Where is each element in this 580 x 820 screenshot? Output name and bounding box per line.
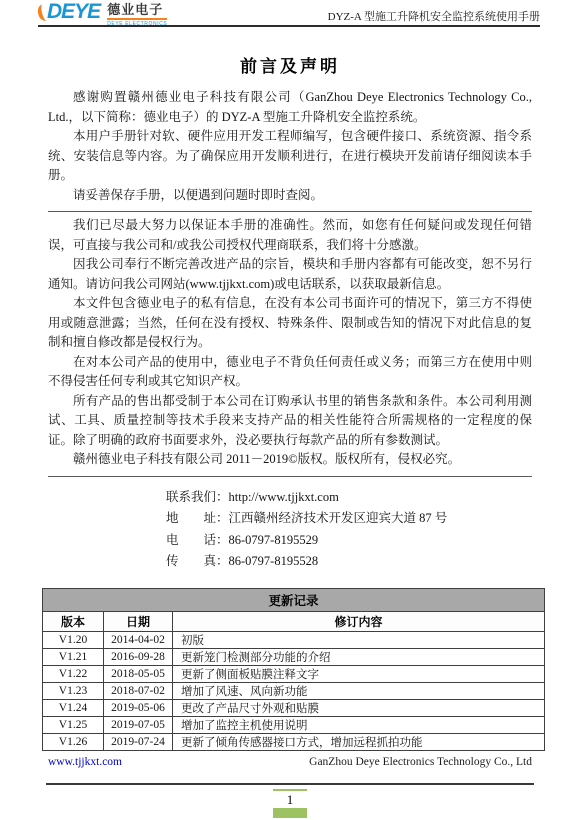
cell-version: V1.21 (43, 649, 104, 666)
section-divider (48, 211, 532, 212)
brand-name-cn-block: 德业电子 DEYE ELECTRONICS (107, 3, 167, 27)
contact-row-website: 联系我们： http://www.tjjkxt.com (166, 487, 532, 509)
main-content: 前言及声明 感谢购置赣州德业电子科技有限公司（GanZhou Deye Elec… (48, 50, 532, 573)
cell-version: V1.26 (43, 734, 104, 751)
manual-page: DEYE 德业电子 DEYE ELECTRONICS DYZ-A 型施工升降机安… (0, 0, 580, 820)
cell-note: 更新了倾角传感器接口方式，增加远程抓拍功能 (173, 734, 545, 751)
page-header: DEYE 德业电子 DEYE ELECTRONICS DYZ-A 型施工升降机安… (38, 0, 540, 27)
page-title: 前言及声明 (48, 56, 532, 78)
cell-note: 初版 (173, 632, 545, 649)
brand-subtitle: DEYE ELECTRONICS (107, 21, 167, 27)
cell-version: V1.25 (43, 717, 104, 734)
cell-note: 增加了监控主机使用说明 (173, 717, 545, 734)
column-header-version: 版本 (43, 612, 104, 632)
table-row: V1.20 2014-04-02 初版 (43, 632, 545, 649)
paragraph: 本用户手册针对软、硬件应用开发工程师编写，包含硬件接口、系统资源、指令系统、安装… (48, 127, 532, 186)
paragraph: 因我公司奉行不断完善改进产品的宗旨，模块和手册内容都有可能改变，恕不另行通知。请… (48, 255, 532, 294)
contact-website-value: http://www.tjjkxt.com (229, 487, 339, 509)
paragraph: 我们已尽最大努力以保证本手册的准确性。然而，如您有任何疑问或发现任何错误，可直接… (48, 216, 532, 255)
page-number: 1 (287, 792, 294, 807)
cell-version: V1.20 (43, 632, 104, 649)
paragraph: 本文件包含德业电子的私有信息，在没有本公司书面许可的情况下，第三方不得使用或随意… (48, 294, 532, 353)
footer-divider (46, 783, 534, 785)
section-divider (48, 476, 532, 477)
contact-address-value: 江西赣州经济技术开发区迎宾大道 87 号 (229, 508, 448, 530)
cell-date: 2019-05-06 (104, 700, 173, 717)
cell-date: 2019-07-05 (104, 717, 173, 734)
contact-fax-value: 86-0797-8195528 (229, 551, 319, 573)
contact-label: 传 真： (166, 551, 229, 573)
cell-date: 2019-07-24 (104, 734, 173, 751)
cell-note: 更改了产品尺寸外观和贴膜 (173, 700, 545, 717)
cell-version: V1.23 (43, 683, 104, 700)
page-number-top-accent (273, 789, 307, 791)
cell-note: 更新了侧面板贴膜注释文字 (173, 666, 545, 683)
footer-company-name: GanZhou Deye Electronics Technology Co.,… (309, 756, 532, 768)
paragraph: 在对本公司产品的使用中，德业电子不背负任何责任或义务；而第三方在使用中则不得侵害… (48, 353, 532, 392)
paragraph: 所有产品的售出都受制于本公司在订购承认书里的销售条款和条件。本公司利用测试、工具… (48, 392, 532, 451)
header-doc-title: DYZ-A 型施工升降机安全监控系统使用手册 (328, 8, 540, 24)
table-row: V1.24 2019-05-06 更改了产品尺寸外观和贴膜 (43, 700, 545, 717)
contact-label: 电 话： (166, 530, 229, 552)
update-record-table: 更新记录 版本 日期 修订内容 V1.20 2014-04-02 初版 V1.2… (42, 588, 545, 751)
paragraph: 感谢购置赣州德业电子科技有限公司（GanZhou Deye Electronic… (48, 88, 532, 127)
column-header-note: 修订内容 (173, 612, 545, 632)
contact-label: 联系我们： (166, 487, 229, 509)
brand-name: DEYE (47, 2, 100, 22)
contact-row-phone: 电 话： 86-0797-8195529 (166, 530, 532, 552)
page-number-widget: 1 (0, 789, 580, 818)
cell-version: V1.24 (43, 700, 104, 717)
column-header-date: 日期 (104, 612, 173, 632)
table-row: V1.23 2018-07-02 增加了风速、风向新功能 (43, 683, 545, 700)
cell-version: V1.22 (43, 666, 104, 683)
footer-website-link[interactable]: www.tjjkxt.com (48, 756, 122, 768)
table-row: V1.22 2018-05-05 更新了侧面板贴膜注释文字 (43, 666, 545, 683)
cell-note: 更新笼门检测部分功能的介绍 (173, 649, 545, 666)
table-title: 更新记录 (43, 589, 545, 612)
brand-logo: DEYE 德业电子 DEYE ELECTRONICS (38, 2, 167, 27)
table-header-row: 版本 日期 修订内容 (43, 612, 545, 632)
copyright-line: 赣州德业电子科技有限公司 2011－2019©版权。版权所有，侵权必究。 (48, 450, 532, 470)
brand-name-cn: 德业电子 (107, 3, 167, 20)
contact-block: 联系我们： http://www.tjjkxt.com 地 址： 江西赣州经济技… (166, 487, 532, 573)
contact-phone-value: 86-0797-8195529 (229, 530, 319, 552)
cell-date: 2016-09-28 (104, 649, 173, 666)
cell-note: 增加了风速、风向新功能 (173, 683, 545, 700)
page-number-bottom-accent (273, 808, 307, 818)
cell-date: 2018-07-02 (104, 683, 173, 700)
table-row: V1.25 2019-07-05 增加了监控主机使用说明 (43, 717, 545, 734)
table-row: V1.21 2016-09-28 更新笼门检测部分功能的介绍 (43, 649, 545, 666)
contact-label: 地 址： (166, 508, 229, 530)
table-row: V1.26 2019-07-24 更新了倾角传感器接口方式，增加远程抓拍功能 (43, 734, 545, 751)
cell-date: 2018-05-05 (104, 666, 173, 683)
contact-row-fax: 传 真： 86-0797-8195528 (166, 551, 532, 573)
cell-date: 2014-04-02 (104, 632, 173, 649)
paragraph: 请妥善保存手册，以便遇到问题时即时查阅。 (48, 186, 532, 206)
contact-row-address: 地 址： 江西赣州经济技术开发区迎宾大道 87 号 (166, 508, 532, 530)
